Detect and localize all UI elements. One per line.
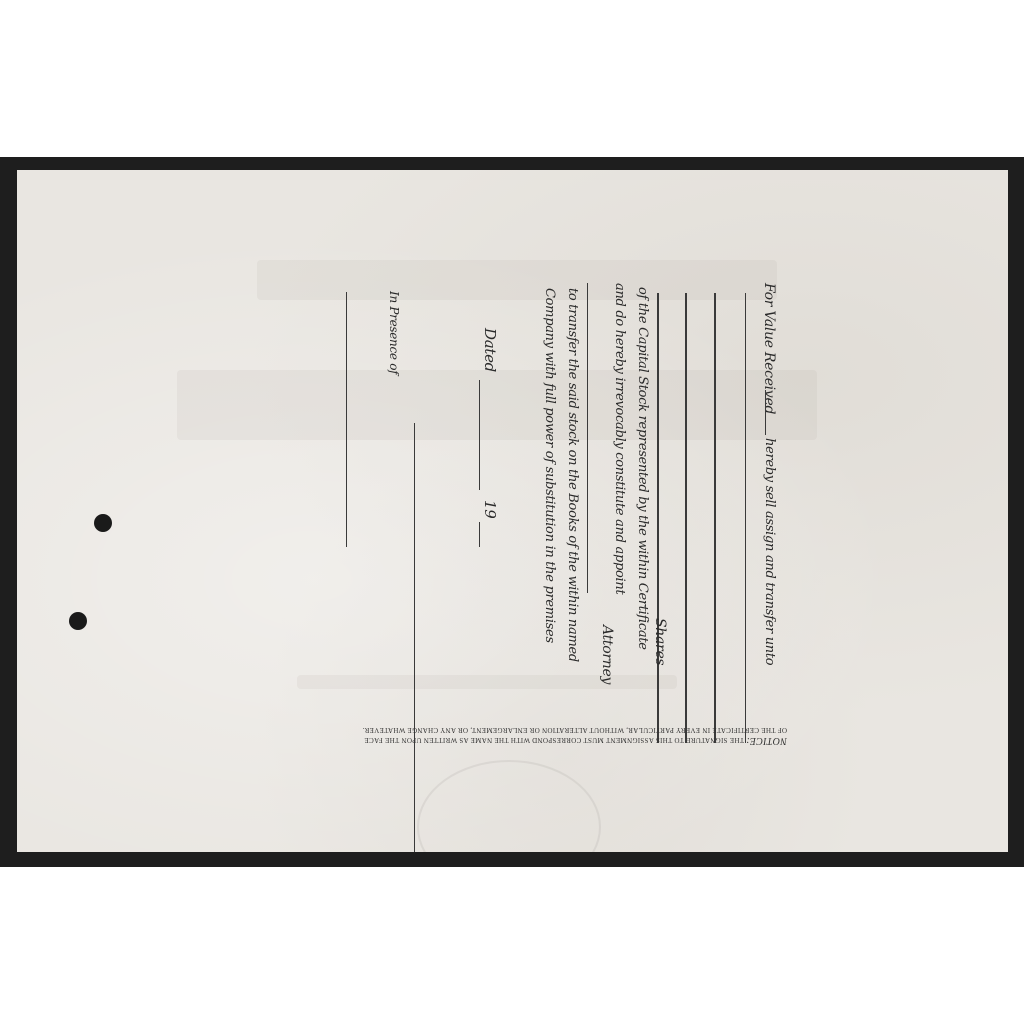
bleed-through-mark <box>297 675 677 689</box>
in-presence-of-label: In Presence of <box>387 291 401 374</box>
attorney-label: Attorney <box>599 625 615 684</box>
signature-line <box>414 423 415 852</box>
blank-line <box>657 293 659 743</box>
capital-stock-text: of the Capital Stock represented by the … <box>635 287 650 650</box>
for-value-received-label: For Value Received <box>761 283 777 414</box>
signature-line <box>765 390 766 435</box>
date-line <box>479 380 480 490</box>
shares-label: Shares <box>652 618 668 665</box>
punch-hole <box>69 612 87 630</box>
blank-line <box>685 293 687 743</box>
sell-assign-transfer-text: hereby sell assign and transfer unto <box>762 438 777 665</box>
notice-lead: Notice: <box>746 735 787 746</box>
blank-line <box>745 293 746 743</box>
year-line <box>479 522 480 547</box>
attorney-line <box>587 283 588 593</box>
notice-text-1: The signature to this assignment must co… <box>364 736 744 744</box>
year-prefix: 19 <box>481 500 499 519</box>
notice-line-2: of the certificate in every particular, … <box>247 725 787 735</box>
full-power-text: Company with full power of substitution … <box>542 288 557 643</box>
punch-hole <box>94 514 112 532</box>
constitute-appoint-text: and do hereby irrevocably constitute and… <box>612 283 627 594</box>
dated-label: Dated <box>481 328 499 372</box>
embossed-seal <box>417 760 601 852</box>
bleed-through-mark <box>257 260 777 300</box>
certificate-paper: For Value Received hereby sell assign an… <box>17 170 1008 852</box>
blank-line <box>714 293 716 743</box>
witness-line <box>346 292 347 547</box>
transfer-stock-text: to transfer the said stock on the Books … <box>565 288 580 662</box>
notice-block: Notice: The signature to this assignment… <box>247 725 787 745</box>
bleed-through-mark <box>177 370 817 440</box>
notice-line-1: Notice: The signature to this assignment… <box>247 735 787 745</box>
